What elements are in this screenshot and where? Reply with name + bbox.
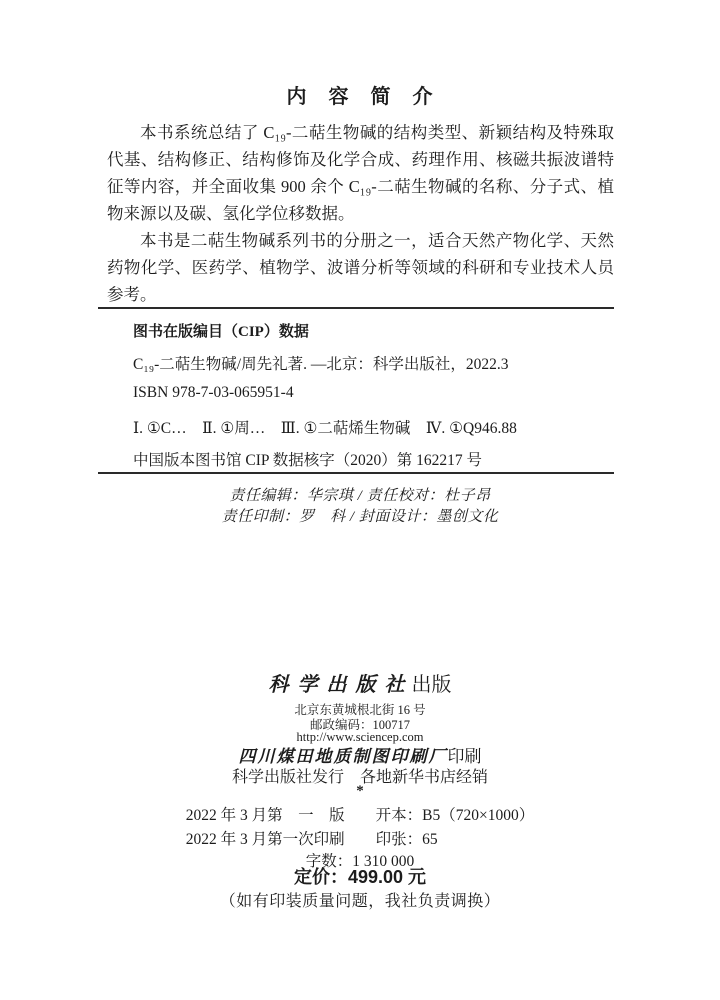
publisher-name-calligraphy: 科 学 出 版 社 [269,674,407,696]
intro-body: 本书系统总结了 C₁₉-二萜生物碱的结构类型、新颖结构及特殊取代基、结构修正、结… [107,119,614,308]
edition-block: 2022 年 3 月第 一 版 开本：B5（720×1000） 2022 年 3… [0,804,720,852]
price-line: 定价：499.00 元 [0,863,720,889]
divider-bottom [98,472,614,474]
staff-production-line: 责任印制：罗 科 / 封面设计：墨创文化 [0,505,720,526]
publisher-suffix: 出版 [407,674,452,696]
intro-title: 内 容 简 介 [0,80,720,109]
copyright-page: 内 容 简 介 本书系统总结了 C₁₉-二萜生物碱的结构类型、新颖结构及特殊取代… [0,0,720,1000]
asterisk-divider: * [0,783,720,800]
edition-line-1: 2022 年 3 月第 一 版 开本：B5（720×1000） [186,804,534,828]
cip-classification: Ⅰ. ①C… Ⅱ. ①周… Ⅲ. ①二萜烯生物碱 Ⅳ. ①Q946.88 [133,416,517,438]
cip-isbn: ISBN 978-7-03-065951-4 [133,384,294,402]
divider-top [98,307,614,309]
publisher-line: 科 学 出 版 社 出版 [0,668,720,697]
cip-book-entry: C₁₉-二萜生物碱/周先礼著. —北京：科学出版社，2022.3 [133,352,509,374]
edition-inner: 2022 年 3 月第 一 版 开本：B5（720×1000） 2022 年 3… [186,804,534,852]
cip-header: 图书在版编目（CIP）数据 [133,320,309,341]
intro-paragraph-2: 本书是二萜生物碱系列书的分册之一，适合天然产物化学、天然药物化学、医药学、植物学… [107,227,614,308]
staff-editors-line: 责任编辑：华宗琪 / 责任校对：杜子昂 [0,484,720,505]
intro-paragraph-1: 本书系统总结了 C₁₉-二萜生物碱的结构类型、新颖结构及特殊取代基、结构修正、结… [107,119,614,227]
exchange-note: （如有印装质量问题，我社负责调换） [0,888,720,911]
cip-registry-number: 中国版本图书馆 CIP 数据核字（2020）第 162217 号 [133,448,482,470]
